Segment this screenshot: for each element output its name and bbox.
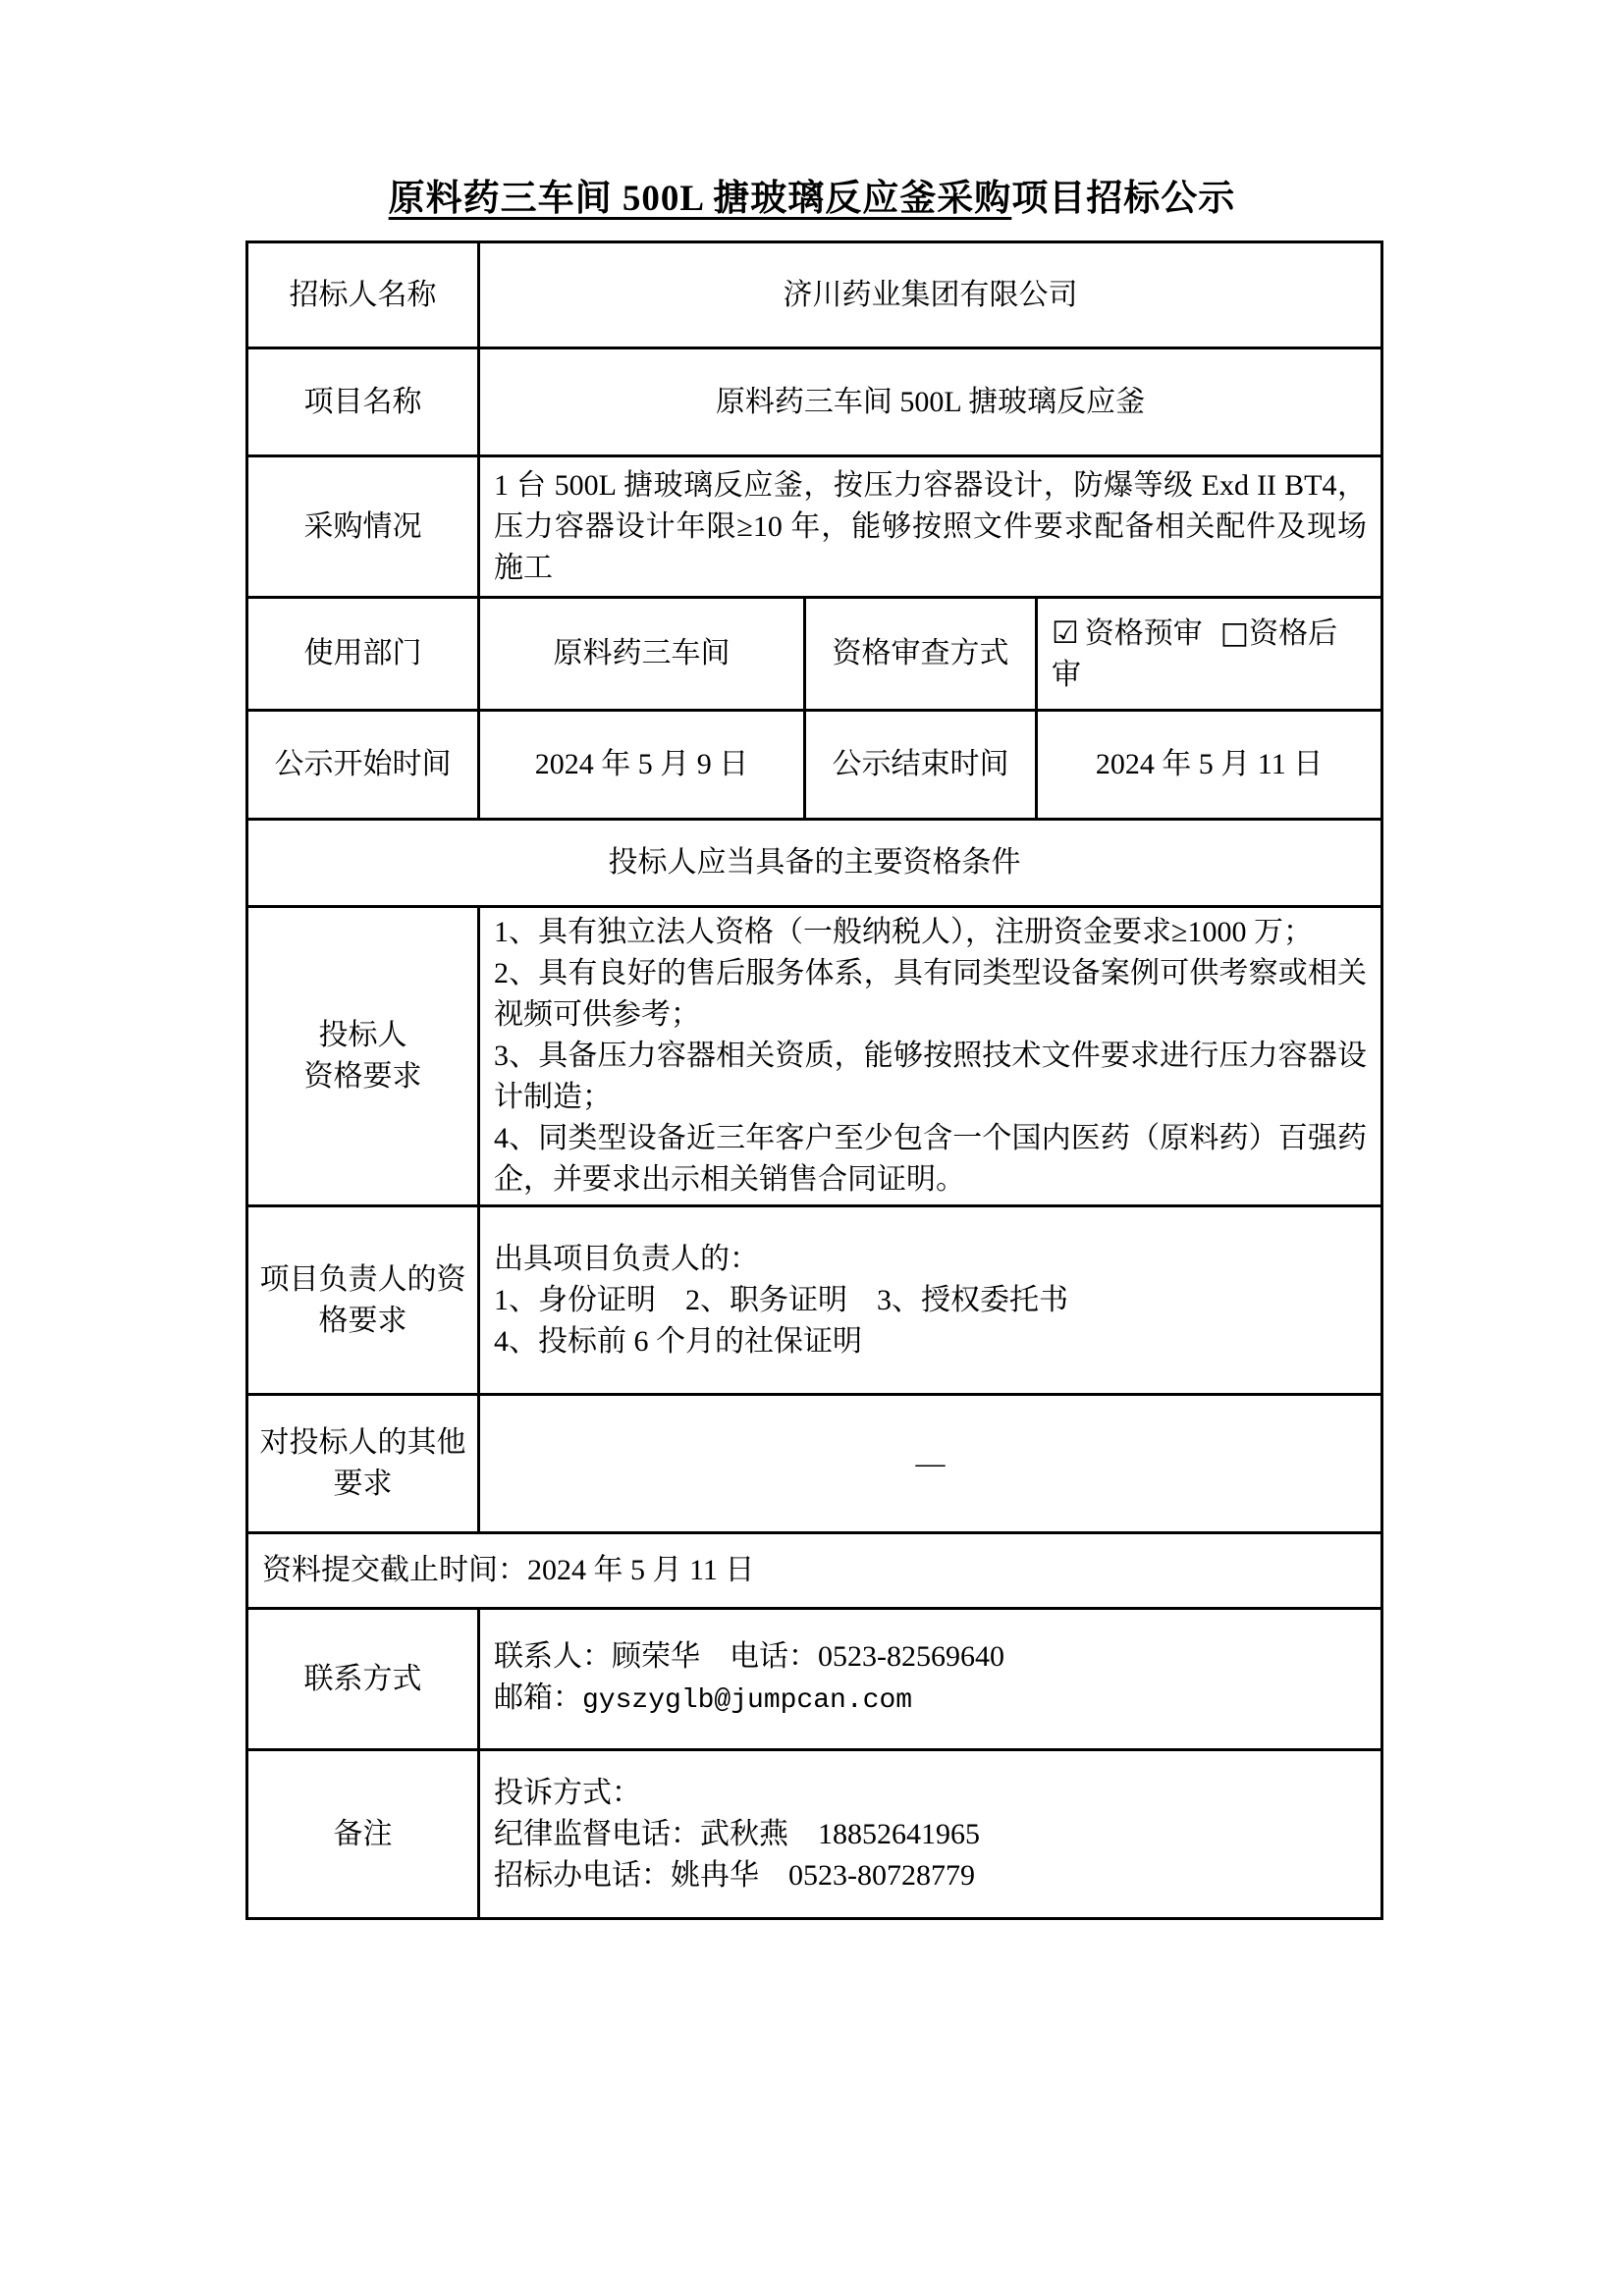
qualification-item: 4、同类型设备近三年客户至少包含一个国内医药（原料药）百强药企，并要求出示相关销… — [494, 1118, 1367, 1201]
project-name-label: 项目名称 — [247, 348, 479, 456]
bidder-qualification-label: 投标人 资格要求 — [247, 907, 479, 1206]
other-requirements-label: 对投标人的其他要求 — [247, 1395, 479, 1533]
review-option-prequalification: ☑资格预审 — [1052, 617, 1203, 650]
qualification-item: 2、具有良好的售后服务体系，具有同类型设备案例可供考察或相关视频可供参考； — [494, 953, 1367, 1036]
manager-qualification-line: 4、投标前 6 个月的社保证明 — [494, 1321, 1367, 1362]
bidder-name-row: 招标人名称 济川药业集团有限公司 — [247, 242, 1382, 348]
page-title-underlined-text: 原料药三车间 500L 搪玻璃反应釜采购 — [389, 179, 1012, 219]
procurement-value: 1 台 500L 搪玻璃反应釜，按压力容器设计，防爆等级 Exd II BT4，… — [479, 456, 1382, 598]
project-name-value: 原料药三车间 500L 搪玻璃反应釜 — [479, 348, 1382, 456]
manager-qualification-row: 项目负责人的资格要求 出具项目负责人的： 1、身份证明 2、职务证明 3、授权委… — [247, 1206, 1382, 1395]
remark-value: 投诉方式： 纪律监督电话：武秋燕 18852641965 招标办电话：姚冉华 0… — [479, 1750, 1382, 1919]
qualification-item: 3、具备压力容器相关资质，能够按照技术文件要求进行压力容器设计制造； — [494, 1036, 1367, 1118]
checkbox-unchecked-icon: □ — [1220, 615, 1249, 651]
remark-row: 备注 投诉方式： 纪律监督电话：武秋燕 18852641965 招标办电话：姚冉… — [247, 1750, 1382, 1919]
project-name-row: 项目名称 原料药三车间 500L 搪玻璃反应釜 — [247, 348, 1382, 456]
department-review-row: 使用部门 原料药三车间 资格审查方式 ☑资格预审□资格后审 — [247, 598, 1382, 711]
contact-email-address: gyszyglb@jumpcan.com — [582, 1685, 912, 1716]
conditions-header-row: 投标人应当具备的主要资格条件 — [247, 820, 1382, 907]
announcement-table: 招标人名称 济川药业集团有限公司 项目名称 原料药三车间 500L 搪玻璃反应釜… — [245, 240, 1383, 1920]
manager-qualification-line: 1、身份证明 2、职务证明 3、授权委托书 — [494, 1280, 1367, 1321]
submission-deadline-text: 资料提交截止时间：2024 年 5 月 11 日 — [247, 1533, 1382, 1609]
department-label: 使用部门 — [247, 598, 479, 711]
publicity-time-row: 公示开始时间 2024 年 5 月 9 日 公示结束时间 2024 年 5 月 … — [247, 711, 1382, 820]
procurement-row: 采购情况 1 台 500L 搪玻璃反应釜，按压力容器设计，防爆等级 Exd II… — [247, 456, 1382, 598]
page-title: 原料药三车间 500L 搪玻璃反应釜采购项目招标公示 — [0, 177, 1624, 222]
bidder-name-value: 济川药业集团有限公司 — [479, 242, 1382, 348]
qualification-item: 1、具有独立法人资格（一般纳税人），注册资金要求≥1000 万； — [494, 912, 1367, 953]
other-requirements-row: 对投标人的其他要求 — — [247, 1395, 1382, 1533]
review-option-prequalification-label: 资格预审 — [1085, 617, 1203, 650]
manager-qualification-line: 出具项目负责人的： — [494, 1239, 1367, 1280]
manager-qualification-value: 出具项目负责人的： 1、身份证明 2、职务证明 3、授权委托书 4、投标前 6 … — [479, 1206, 1382, 1395]
conditions-header-text: 投标人应当具备的主要资格条件 — [247, 820, 1382, 907]
contact-email-line: 邮箱：gyszyglb@jumpcan.com — [494, 1678, 1367, 1722]
bidder-qualification-value: 1、具有独立法人资格（一般纳税人），注册资金要求≥1000 万； 2、具有良好的… — [479, 907, 1382, 1206]
document-page: 原料药三车间 500L 搪玻璃反应釜采购项目招标公示 招标人名称 济川药业集团有… — [0, 0, 1624, 2296]
publicity-end-value: 2024 年 5 月 11 日 — [1037, 711, 1382, 820]
remark-line: 投诉方式： — [494, 1773, 1367, 1814]
bidder-qualification-row: 投标人 资格要求 1、具有独立法人资格（一般纳税人），注册资金要求≥1000 万… — [247, 907, 1382, 1206]
remark-label: 备注 — [247, 1750, 479, 1919]
contact-row: 联系方式 联系人：顾荣华 电话：0523-82569640 邮箱：gyszygl… — [247, 1609, 1382, 1750]
review-method-value: ☑资格预审□资格后审 — [1037, 598, 1382, 711]
page-title-rest-text: 项目招标公示 — [1011, 179, 1235, 219]
contact-label: 联系方式 — [247, 1609, 479, 1750]
publicity-end-label: 公示结束时间 — [805, 711, 1037, 820]
publicity-start-value: 2024 年 5 月 9 日 — [479, 711, 805, 820]
other-requirements-value: — — [479, 1395, 1382, 1533]
department-value: 原料药三车间 — [479, 598, 805, 711]
manager-qualification-label: 项目负责人的资格要求 — [247, 1206, 479, 1395]
remark-line: 纪律监督电话：武秋燕 18852641965 — [494, 1814, 1367, 1855]
checkbox-checked-icon: ☑ — [1052, 615, 1079, 651]
publicity-start-label: 公示开始时间 — [247, 711, 479, 820]
procurement-label: 采购情况 — [247, 456, 479, 598]
contact-person-phone: 联系人：顾荣华 电话：0523-82569640 — [494, 1636, 1367, 1678]
remark-line: 招标办电话：姚冉华 0523-80728779 — [494, 1855, 1367, 1896]
submission-deadline-row: 资料提交截止时间：2024 年 5 月 11 日 — [247, 1533, 1382, 1609]
contact-value: 联系人：顾荣华 电话：0523-82569640 邮箱：gyszyglb@jum… — [479, 1609, 1382, 1750]
review-method-label: 资格审查方式 — [805, 598, 1037, 711]
contact-email-label: 邮箱： — [494, 1682, 582, 1714]
bidder-name-label: 招标人名称 — [247, 242, 479, 348]
